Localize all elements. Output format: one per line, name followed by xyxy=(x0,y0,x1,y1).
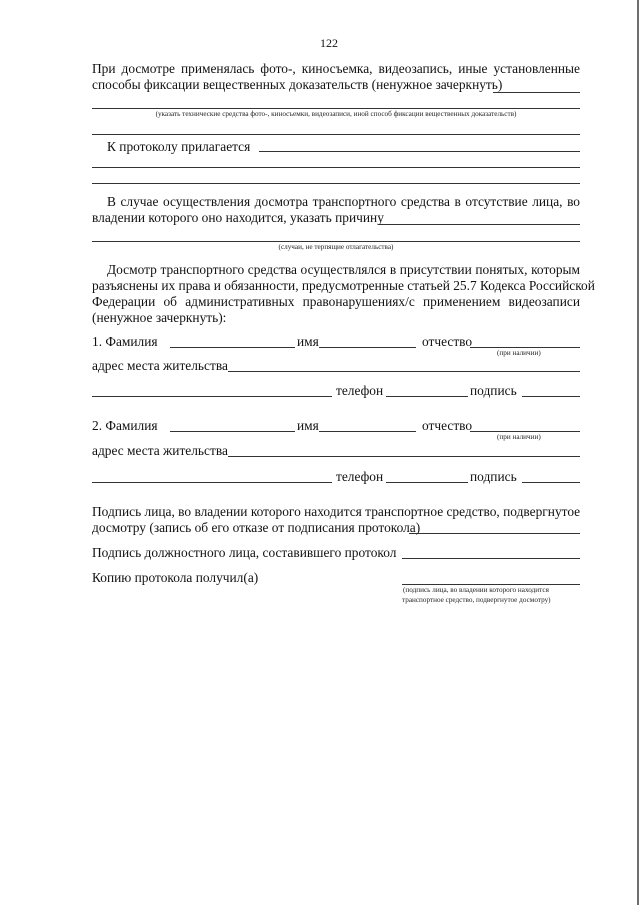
fixation-field-blank[interactable] xyxy=(493,92,580,93)
owner-signature-text-line2: досмотру (запись об его отказе от подпис… xyxy=(92,520,420,536)
witness-2-patronymic-label: отчество xyxy=(422,418,472,434)
absence-reason-field-2[interactable] xyxy=(92,241,580,242)
copy-received-hint-line1: (подпись лица, во владении которого нахо… xyxy=(403,586,549,595)
witness-1-phone-label: телефон xyxy=(336,383,383,399)
attachments-field-1[interactable] xyxy=(259,151,580,152)
absence-reason-field[interactable] xyxy=(378,224,580,225)
fixation-means-field[interactable] xyxy=(92,108,580,109)
witness-1-address-field[interactable] xyxy=(228,371,580,372)
officer-signature-field[interactable] xyxy=(402,558,580,559)
witness-2-patronymic-field[interactable] xyxy=(470,431,580,432)
witness-1-patronymic-label: отчество xyxy=(422,334,472,350)
witness-1-name-field[interactable] xyxy=(319,347,416,348)
owner-signature-field[interactable] xyxy=(409,533,580,534)
witness-2-surname-field[interactable] xyxy=(170,431,295,432)
witnesses-text-line3: Федерации об административных правонаруш… xyxy=(92,294,580,310)
witness-2-address-field-2[interactable] xyxy=(92,482,332,483)
fixation-text-line1: При досмотре применялась фото-, киносъем… xyxy=(92,61,580,77)
witness-1-patronymic-hint: (при наличии) xyxy=(497,349,541,358)
document-page: 122 При досмотре применялась фото-, кино… xyxy=(0,0,640,905)
witnesses-text-line2: разъяснены их права и обязанности, преду… xyxy=(92,278,580,294)
copy-received-hint-line2: транспортное средство, подвергнутое досм… xyxy=(402,596,551,605)
witness-2-phone-label: телефон xyxy=(336,469,383,485)
witnesses-text-line4: (ненужное зачеркнуть): xyxy=(92,310,226,326)
witness-2-signature-label: подпись xyxy=(470,469,517,485)
witness-2-address-field[interactable] xyxy=(228,456,580,457)
witness-1-surname-label: 1. Фамилия xyxy=(92,334,158,350)
witness-1-signature-label: подпись xyxy=(470,383,517,399)
witness-2-signature-field[interactable] xyxy=(522,482,580,483)
witness-1-signature-field[interactable] xyxy=(522,396,580,397)
witness-2-surname-label: 2. Фамилия xyxy=(92,418,158,434)
witness-1-phone-field[interactable] xyxy=(386,396,468,397)
witness-2-address-label: адрес места жительства xyxy=(92,443,228,459)
attachments-field-2[interactable] xyxy=(92,167,580,168)
fixation-text-line2: способы фиксации вещественных доказатель… xyxy=(92,77,502,93)
page-edge-border xyxy=(637,0,639,905)
witness-1-address-field-2[interactable] xyxy=(92,396,332,397)
page-number: 122 xyxy=(320,35,338,51)
witness-1-name-label: имя xyxy=(297,334,319,350)
owner-signature-text-line1: Подпись лица, во владении которого наход… xyxy=(92,504,580,520)
attachments-field-3[interactable] xyxy=(92,183,580,184)
witness-2-patronymic-hint: (при наличии) xyxy=(497,433,541,442)
absence-reason-hint: (случаи, не терпящие отлагательства) xyxy=(92,243,580,252)
absence-text-line1: В случае осуществления досмотра транспор… xyxy=(107,194,580,210)
witness-1-address-label: адрес места жительства xyxy=(92,358,228,374)
witness-2-name-field[interactable] xyxy=(319,431,416,432)
witness-1-surname-field[interactable] xyxy=(170,347,295,348)
copy-received-label: Копию протокола получил(а) xyxy=(92,570,258,586)
witness-1-patronymic-field[interactable] xyxy=(470,347,580,348)
fixation-means-hint: (указать технические средства фото-, кин… xyxy=(92,110,580,119)
copy-received-signature-field[interactable] xyxy=(402,584,580,585)
attachments-label: К протоколу прилагается xyxy=(107,139,250,155)
absence-text-line2: владении которого оно находится, указать… xyxy=(92,210,384,226)
officer-signature-label: Подпись должностного лица, составившего … xyxy=(92,545,396,561)
witness-2-phone-field[interactable] xyxy=(386,482,468,483)
witnesses-text-line1: Досмотр транспортного средства осуществл… xyxy=(107,262,580,278)
witness-2-name-label: имя xyxy=(297,418,319,434)
fixation-extra-line[interactable] xyxy=(92,134,580,135)
